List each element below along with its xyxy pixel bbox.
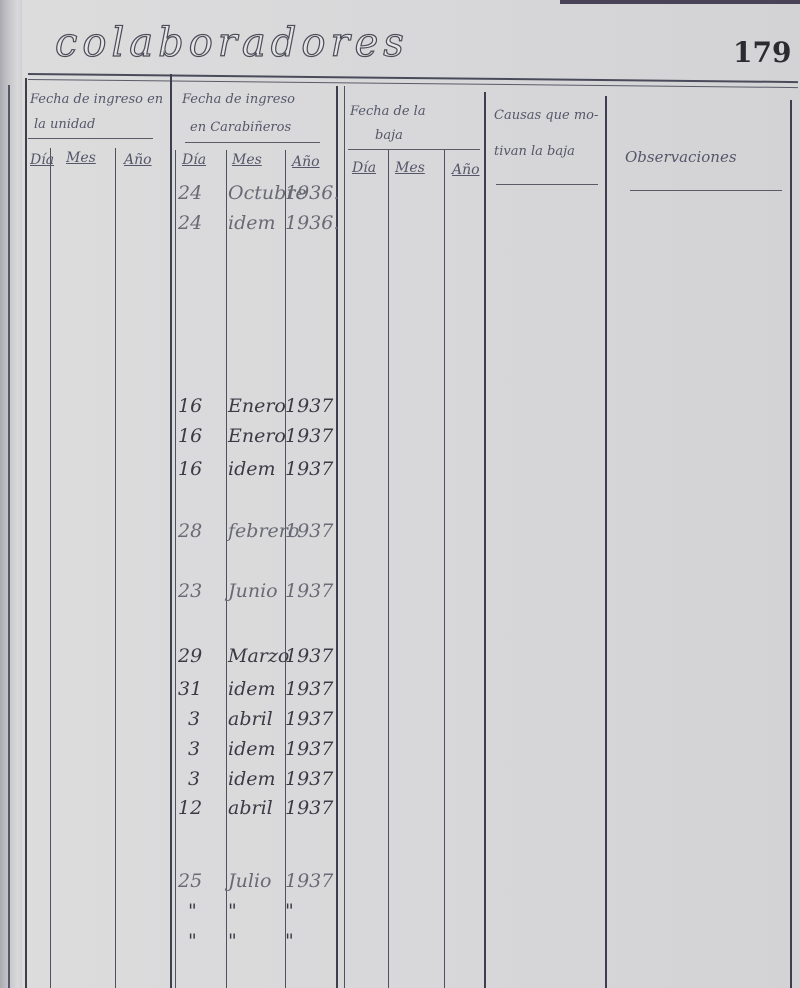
entry-mes: idem (228, 768, 276, 790)
entry-mes: Julio (228, 870, 271, 892)
entry-ano: 1937 (285, 797, 333, 819)
entry-mes: Enero (228, 395, 286, 417)
ledger-page: colaboradores 179 Fecha de ingreso en la… (0, 0, 800, 988)
col-line-right (790, 100, 792, 988)
page-edge (560, 0, 800, 4)
entry-ano: " (285, 900, 294, 922)
entry-mes: Marzo (228, 645, 289, 667)
subheader-ano: Año (452, 162, 480, 178)
header-causas-2: tivan la baja (494, 144, 575, 159)
entry-ano: 1937 (285, 520, 333, 542)
entry-mes: abril (228, 797, 273, 819)
col-line (115, 148, 116, 988)
entry-dia: 3 (188, 708, 200, 730)
entry-dia: 3 (188, 768, 200, 790)
col-line (226, 150, 227, 988)
subheader-mes: Mes (66, 150, 96, 166)
header-underline (348, 149, 480, 150)
entry-dia: 23 (178, 580, 202, 602)
header-observaciones: Observaciones (625, 148, 737, 166)
entry-ano: 1937 (285, 738, 333, 760)
header-underline (185, 142, 320, 143)
col-line (285, 150, 286, 988)
entry-dia: 31 (178, 678, 202, 700)
header-ingreso-unidad-2: la unidad (34, 117, 95, 132)
entry-dia: 16 (178, 458, 202, 480)
entry-dia: 24 (178, 182, 202, 204)
header-causas-1: Causas que mo- (494, 108, 598, 123)
header-ingreso-cuerpo-2: en Carabiñeros (190, 120, 291, 135)
header-underline (630, 190, 782, 191)
header-underline (496, 184, 598, 185)
subheader-dia: Día (352, 160, 376, 176)
entry-mes: abril (228, 708, 273, 730)
header-underline (28, 138, 153, 139)
header-ingreso-cuerpo-1: Fecha de ingreso (182, 92, 295, 107)
subheader-dia: Día (30, 152, 54, 168)
page-title: colaboradores (55, 20, 409, 66)
col-line-group (484, 92, 486, 988)
subheader-mes: Mes (395, 160, 425, 176)
entry-dia: 12 (178, 797, 202, 819)
entry-ano: 1937 (285, 768, 333, 790)
entry-dia: " (188, 930, 197, 952)
entry-mes: idem (228, 678, 276, 700)
entry-dia: " (188, 900, 197, 922)
entry-dia: 3 (188, 738, 200, 760)
entry-ano: 1937 (285, 870, 333, 892)
header-baja-2: baja (375, 128, 403, 143)
subheader-mes: Mes (232, 152, 262, 168)
header-ingreso-unidad-1: Fecha de ingreso en (30, 92, 163, 107)
entry-ano: 1936. (285, 212, 339, 234)
entry-ano: 1937 (285, 425, 333, 447)
entry-mes: idem (228, 212, 276, 234)
page-number: 179 (733, 36, 791, 69)
entry-ano: 1937 (285, 395, 333, 417)
entry-ano: 1937 (285, 645, 333, 667)
entry-ano: 1936. (285, 182, 339, 204)
subheader-ano: Año (124, 152, 152, 168)
entry-mes: Enero (228, 425, 286, 447)
col-line-group (605, 96, 607, 988)
entry-ano: 1937 (285, 580, 333, 602)
entry-ano: 1937 (285, 458, 333, 480)
header-baja-1: Fecha de la (350, 104, 426, 119)
entry-mes: " (228, 900, 237, 922)
col-line (175, 150, 176, 988)
col-line (344, 86, 345, 988)
entry-mes: Junio (228, 580, 278, 602)
col-line-group (170, 74, 172, 988)
entry-dia: 29 (178, 645, 202, 667)
subheader-dia: Día (182, 152, 206, 168)
entry-ano: 1937 (285, 708, 333, 730)
entry-mes: idem (228, 738, 276, 760)
entry-ano: " (285, 930, 294, 952)
entry-mes: idem (228, 458, 276, 480)
entry-dia: 28 (178, 520, 202, 542)
entry-ano: 1937 (285, 678, 333, 700)
col-line (50, 148, 51, 988)
book-binding (0, 0, 22, 988)
entry-dia: 16 (178, 425, 202, 447)
entry-dia: 24 (178, 212, 202, 234)
subheader-ano: Año (292, 154, 320, 170)
entry-mes: " (228, 930, 237, 952)
entry-dia: 16 (178, 395, 202, 417)
col-line (388, 150, 389, 988)
col-line (444, 150, 445, 988)
col-line-left (25, 78, 27, 988)
header-rule-top (28, 73, 798, 83)
entry-dia: 25 (178, 870, 202, 892)
